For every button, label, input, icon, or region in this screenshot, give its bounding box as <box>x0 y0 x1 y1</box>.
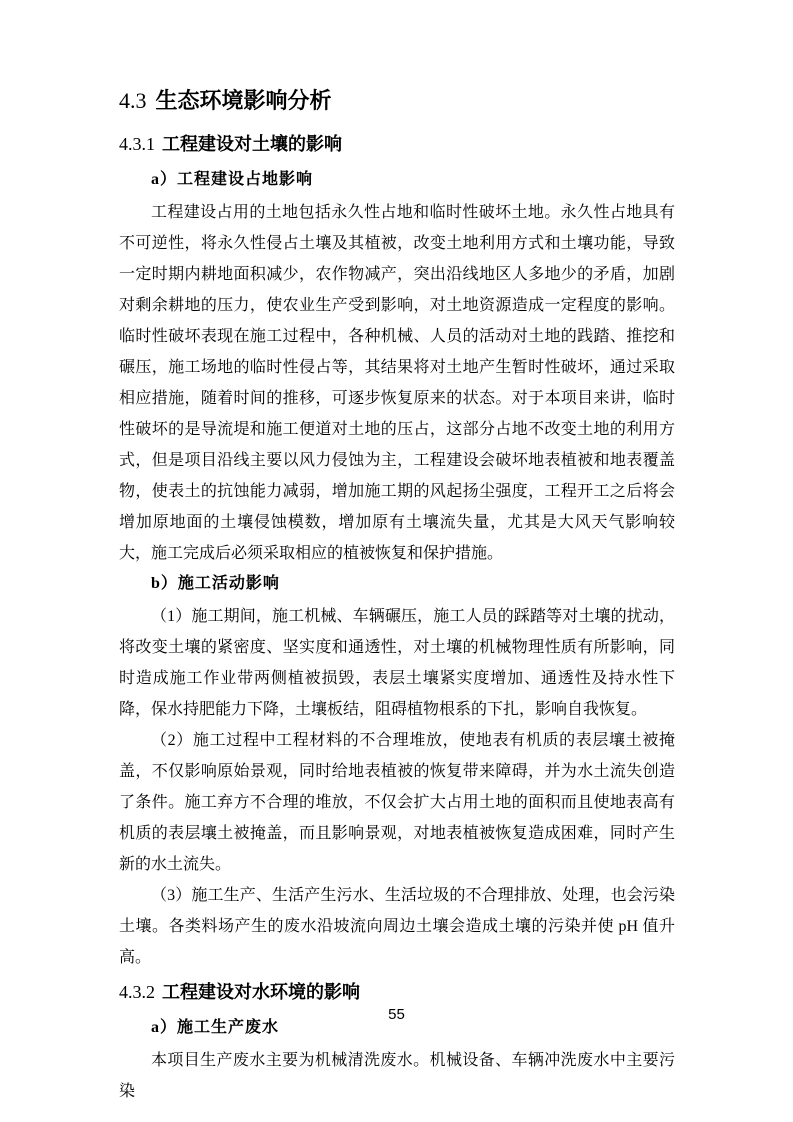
heading-4-3-2-title: 工程建设对水环境的影响 <box>162 982 360 1002</box>
page-content: 4.3生态环境影响分析 4.3.1工程建设对土壤的影响 a）工程建设占地影响 工… <box>119 86 675 1107</box>
heading-4-3-1-title: 工程建设对土壤的影响 <box>162 134 342 154</box>
heading-4-3-2-number: 4.3.2 <box>119 982 155 1002</box>
paragraph-construction-activity-1: （1）施工期间，施工机械、车辆碾压，施工人员的踩踏等对土壤的扰动，将改变土壤的紧… <box>119 601 675 725</box>
heading-4-3-1-number: 4.3.1 <box>119 134 155 154</box>
paragraph-construction-activity-3: （3）施工生产、生活产生污水、生活垃圾的不合理排放、处理，也会污染土壤。各类料场… <box>119 880 675 973</box>
paragraph-construction-activity-2: （2）施工过程中工程材料的不合理堆放，使地表有机质的表层壤土被掩盖，不仅影响原始… <box>119 725 675 880</box>
subheading-a-land-occupation: a）工程建设占地影响 <box>119 168 675 192</box>
heading-4-3-2: 4.3.2工程建设对水环境的影响 <box>119 979 675 1005</box>
paragraph-production-wastewater: 本项目生产废水主要为机械清洗废水。机械设备、车辆冲洗废水中主要污染 <box>119 1045 675 1107</box>
heading-4-3-number: 4.3 <box>119 88 147 113</box>
heading-4-3-title: 生态环境影响分析 <box>156 88 332 113</box>
heading-4-3: 4.3生态环境影响分析 <box>119 86 675 116</box>
subheading-b-construction-activity: b）施工活动影响 <box>119 572 675 596</box>
paragraph-land-occupation: 工程建设占用的土地包括永久性占地和临时性破坏土地。永久性占地具有不可逆性，将永久… <box>119 197 675 569</box>
heading-4-3-1: 4.3.1工程建设对土壤的影响 <box>119 131 675 157</box>
page-number: 55 <box>0 1006 793 1023</box>
document-page: 4.3生态环境影响分析 4.3.1工程建设对土壤的影响 a）工程建设占地影响 工… <box>0 0 793 1122</box>
